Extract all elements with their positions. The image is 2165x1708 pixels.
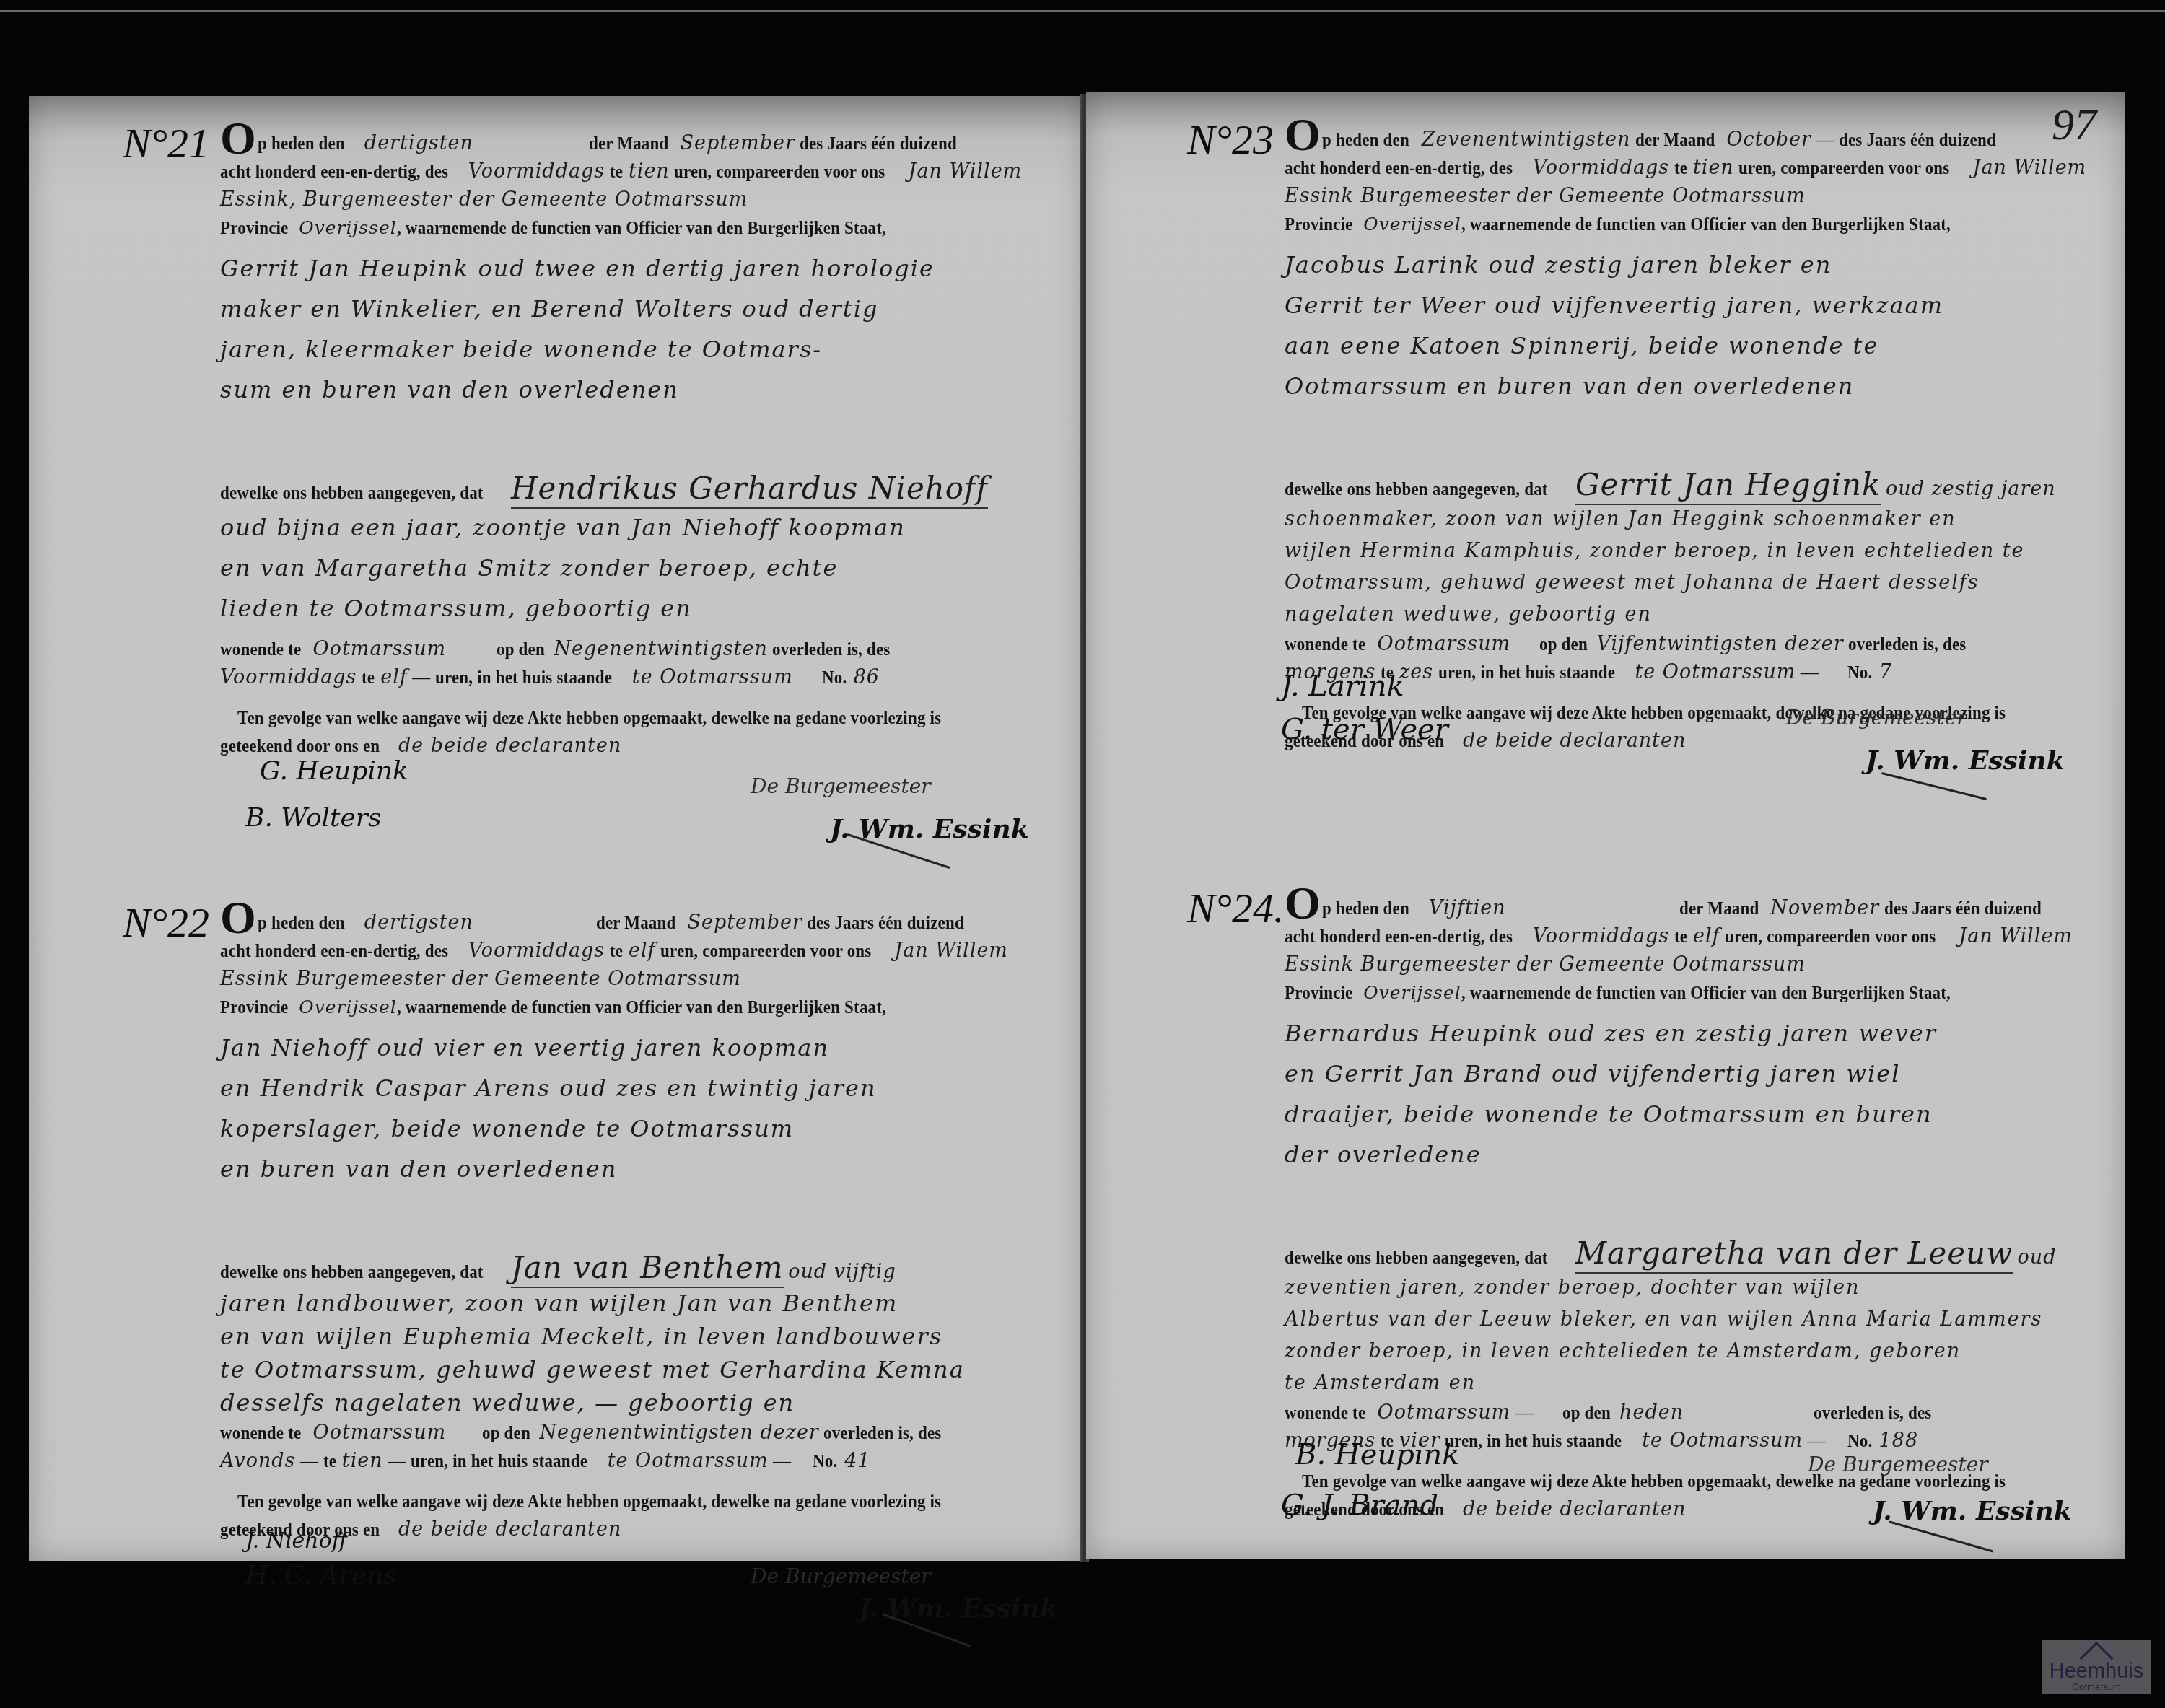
mayor-title: De Burgemeester — [1786, 706, 1967, 730]
record-number: N°21 — [123, 119, 209, 167]
signature-witness-1: J. Larink — [1281, 670, 1404, 703]
signature-witness-1: B. Heupink — [1295, 1438, 1460, 1471]
mayor-title: De Burgemeester — [751, 774, 931, 798]
record-24: N°24. Op heden den Vijftiender Maand Nov… — [1285, 890, 2107, 1524]
mayor-signature: J. Wm. Essink — [859, 1593, 1058, 1624]
signature-witness-2: G. ter Weer — [1281, 713, 1448, 746]
record-number: N°23 — [1187, 115, 1274, 164]
house-number: 86 — [854, 666, 880, 688]
mayor-title: De Burgemeester — [1808, 1453, 1988, 1476]
record-21: N°21 Op heden den dertigstender Maand Se… — [220, 125, 1072, 761]
scanner-edge-line — [0, 10, 2165, 12]
house-number: 7 — [1879, 661, 1892, 683]
record-number: N°24. — [1187, 884, 1284, 932]
record-22: N°22 Op heden den dertigstender Maand Se… — [220, 904, 1072, 1544]
deceased-name: Margaretha van der Leeuw — [1575, 1235, 2013, 1274]
house-number: 41 — [844, 1450, 870, 1472]
record-number: N°22 — [123, 898, 209, 947]
mayor-title: De Burgemeester — [751, 1564, 931, 1588]
mayor-signature: J. Wm. Essink — [1866, 745, 2065, 776]
signature-witness-1: J. Niehoff — [245, 1528, 347, 1554]
record-23: N°23 Op heden den Zevenentwintigsten der… — [1285, 121, 2107, 756]
deceased-name: Gerrit Jan Heggink — [1575, 467, 1881, 505]
signature-witness-2: B. Wolters — [245, 803, 382, 833]
deceased-name: Hendrikus Gerhardus Niehoff — [511, 470, 988, 509]
left-page: N°21 Op heden den dertigstender Maand Se… — [29, 96, 1084, 1561]
hw-month: September — [680, 132, 795, 154]
hw-day: dertigsten — [364, 132, 473, 154]
signature-witness-2: H. C. Arens — [245, 1561, 397, 1590]
initial-o: O — [220, 113, 256, 164]
signature-witness-2: G. J. Brand — [1281, 1489, 1438, 1522]
signature-witness-1: G. Heupink — [260, 756, 408, 786]
deceased-name: Jan van Benthem — [511, 1250, 784, 1288]
mayor-signature: J. Wm. Essink — [1873, 1496, 2072, 1526]
house-number: 188 — [1879, 1429, 1919, 1452]
right-page: 97 N°23 Op heden den Zevenentwintigsten … — [1086, 92, 2125, 1559]
heemhuis-watermark: Heemhuis Ootmarsum — [2042, 1640, 2151, 1694]
